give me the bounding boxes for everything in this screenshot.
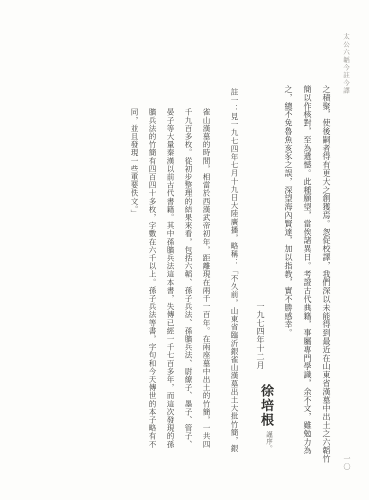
footnote-column-1: 註一：見一九七四年七月十九日大陸廣播，略稱：「不久前，山東省臨沂銀雀山漢墓出土大… <box>229 88 240 453</box>
preface-text-column-3: 之，總不免魯魚亥豕之誤，深望海內賢達，加以指教，實不勝感幸。 <box>282 85 294 337</box>
footnote-column-5: 臏兵法的竹簡有四百四十多枚，字數在六千以上。孫子兵法等書，字句和今天傳世的本子略… <box>147 108 158 448</box>
footnote-column-3: 千九百多枚。從初步整理的結果來看，包括六韜、孫子兵法、孫臏兵法、尉繚子、墨子、管… <box>183 108 194 448</box>
signature-date: 一九七四年十二月 <box>254 302 266 369</box>
signature-suffix: 謹序。 <box>264 431 273 452</box>
preface-text-column-2: 簡以作核對，至為遺憾。此種願望，當俟諸異日。考證古代典籍，事屬專門學識，余不文，… <box>301 85 313 455</box>
footnote-column-2: 雀山漢墓的時間，相當於西漢武帝初年，距離現在兩千一百年。在兩座墓中出土的竹簡，一… <box>201 108 212 448</box>
footnote-column-4: 晏子等大量秦漢以前古代書籍。其中孫臏兵法這本書，失傳已經一千七百多年，而這次發現… <box>165 108 176 448</box>
book-page: 太公六韜今註今譯 之積聚，使後嗣者得有更大之創獲焉。怱促校譯，我們深以未能得到最… <box>0 0 369 500</box>
preface-text-column-1: 之積聚，使後嗣者得有更大之創獲焉。怱促校譯，我們深以未能得到最近在山東省漢墓中出… <box>320 85 332 463</box>
signature-author-name: 徐培根 <box>257 384 275 428</box>
footnote-column-6: 同，並且發現一些重要佚文。」 <box>129 108 140 218</box>
folio-page-number: 一〇 <box>342 455 352 471</box>
running-head-title: 太公六韜今註今譯 <box>341 33 350 95</box>
